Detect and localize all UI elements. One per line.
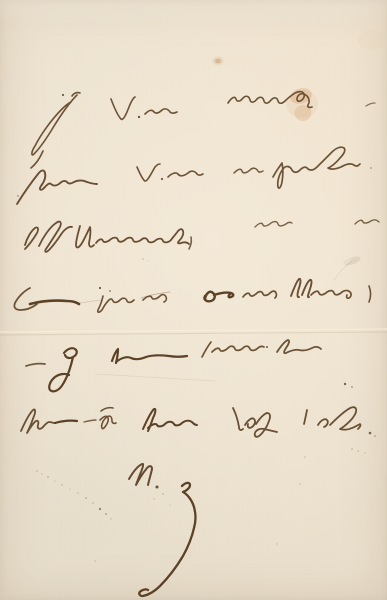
stroke-line4-que-curl (14, 288, 37, 310)
stroke-line4-que-dash (30, 301, 79, 304)
spray-3 (47, 476, 48, 477)
spray-5 (61, 484, 62, 485)
stroke-line6-une (143, 409, 197, 431)
fold-crease-light (0, 329, 387, 332)
dot-line2-v (161, 178, 163, 180)
foxing-spot-top-center (215, 59, 221, 64)
stroke-line4-mei (243, 291, 276, 298)
stroke-line2-vous (137, 164, 203, 181)
spray-10 (99, 508, 101, 510)
speck-line3-a (142, 258, 143, 259)
stroke-line5-souhaite (202, 342, 264, 357)
stray-speck-b (94, 560, 96, 562)
stroke-line4-de (204, 292, 233, 301)
stroke-line6-mar (21, 409, 55, 433)
dot-line1-j (62, 94, 64, 96)
dot-line4-apostrophe (109, 290, 111, 292)
ink-dots-layer (17, 94, 376, 562)
stroke-line2-que (273, 147, 360, 188)
stroke-signature-initial (129, 464, 152, 485)
spray-6 (70, 489, 71, 490)
stroke-line5-dash (26, 364, 45, 366)
stroke-line4-eurs (311, 291, 351, 299)
stroke-line1-dash-right (366, 103, 375, 106)
stroke-line6-les (233, 408, 277, 437)
stroke-line2-pour (17, 170, 97, 204)
dot-line6-d (357, 450, 358, 451)
stray-speck-c (276, 543, 277, 544)
spray-2 (42, 474, 43, 475)
dot-line5-b (351, 386, 353, 388)
spray-8 (85, 497, 87, 499)
stroke-line4-comma (369, 286, 371, 302)
dot-line5-i (266, 346, 268, 348)
stroke-line1-vous (111, 97, 177, 119)
stroke-line5-je (49, 348, 77, 391)
spray-12 (110, 518, 111, 519)
letter-photograph: Je vous envoiepour vous ce que (?)Albums… (0, 0, 387, 600)
dot-line2-p (17, 195, 19, 197)
spray-1 (36, 470, 37, 471)
spray-4 (55, 481, 56, 482)
speck-signature-a (162, 493, 163, 494)
stroke-line4-jai (98, 295, 167, 313)
dot-line6-a (369, 432, 372, 435)
stroke-line3-ce (355, 220, 379, 224)
speck-signature-c (170, 505, 171, 506)
stroke-line3-albums (25, 222, 189, 252)
stroke-line3-sur (255, 222, 292, 227)
stains-layer (213, 30, 387, 267)
stroke-line5-he (277, 340, 321, 353)
stroke-line4-ll (291, 279, 312, 297)
stroke-line2-en (234, 168, 263, 173)
dot-signature-period (156, 486, 159, 489)
dot-line6-f (304, 456, 306, 458)
dot-line6-c (351, 448, 353, 450)
stroke-line6-mar-dash (55, 421, 77, 423)
spray-7 (77, 492, 78, 493)
stroke-line6-a-accent (100, 408, 116, 429)
stroke-line3-comma (189, 237, 191, 249)
stroke-line6-say-flourish (304, 407, 360, 429)
spray-9 (92, 502, 93, 503)
handwriting-svg (0, 0, 387, 600)
hairline-scratch-line5 (95, 374, 215, 381)
dot-line6-b (374, 435, 376, 437)
dot-line6-e (364, 452, 365, 453)
stroke-line1-je (31, 93, 80, 168)
stroke-signature-paraph (139, 483, 195, 596)
tone-patch-top-right (358, 30, 386, 50)
fold-crease-shadow (0, 332, 387, 335)
dot-line4-j (99, 287, 101, 289)
speck-line3-b (148, 261, 149, 262)
stray-speck-a (299, 483, 300, 484)
stroke-line5-vous (112, 349, 187, 363)
creases-layer (0, 259, 387, 381)
dot-line1-v (138, 116, 140, 118)
stroke-line6-hyphen (84, 420, 96, 422)
spray-11 (105, 513, 107, 515)
ink-strokes-layer (14, 92, 379, 596)
speck-signature-b (153, 498, 154, 499)
dot-line2-end (370, 167, 372, 169)
stroke-line4-connector (79, 300, 101, 303)
dot-line5-a (344, 383, 346, 385)
